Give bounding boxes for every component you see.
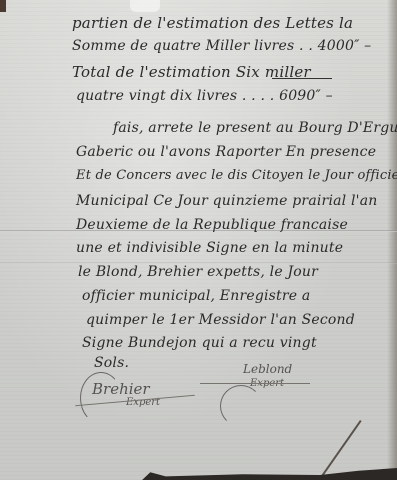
text-line-5: fais, arrete le present au Bourg D'Ergue [113,120,397,136]
signature-flourish [220,385,262,427]
text-line-4: quatre vingt dix livres . . . . 6090″ – [76,88,333,104]
manuscript-page: partien de l'estimation des Lettes la So… [0,0,397,480]
signature-underline [200,383,310,384]
text-line-6: Gaberic ou l'avons Raporter En presence [76,144,376,160]
text-line-14: Signe Bundejon qui a recu vingt [82,335,317,351]
text-line-13: quimper le 1er Messidor l'an Second [86,312,355,328]
text-line-9: Deuxieme de la Republique francaise [76,217,348,233]
text-line-11: le Blond, Brehier expetts, le Jour [78,264,318,280]
text-line-1: partien de l'estimation des Lettes la [72,14,353,32]
text-line-10: une et indivisible Signe en la minute [76,240,343,256]
text-line-15: Sols. [94,355,129,371]
handwritten-text: partien de l'estimation des Lettes la So… [0,0,397,480]
signature-leblond: Leblond [243,362,292,376]
text-line-2: Somme de quatre Miller livres . . 4000″ … [72,38,371,54]
text-line-7: Et de Concers avec le dis Citoyen le Jou… [76,168,397,183]
text-line-8: Municipal Ce Jour quinzieme prairial l'a… [76,193,377,209]
underline-rule [272,78,332,79]
text-line-12: officier municipal, Enregistre a [82,288,310,304]
signature-flourish [80,372,122,424]
